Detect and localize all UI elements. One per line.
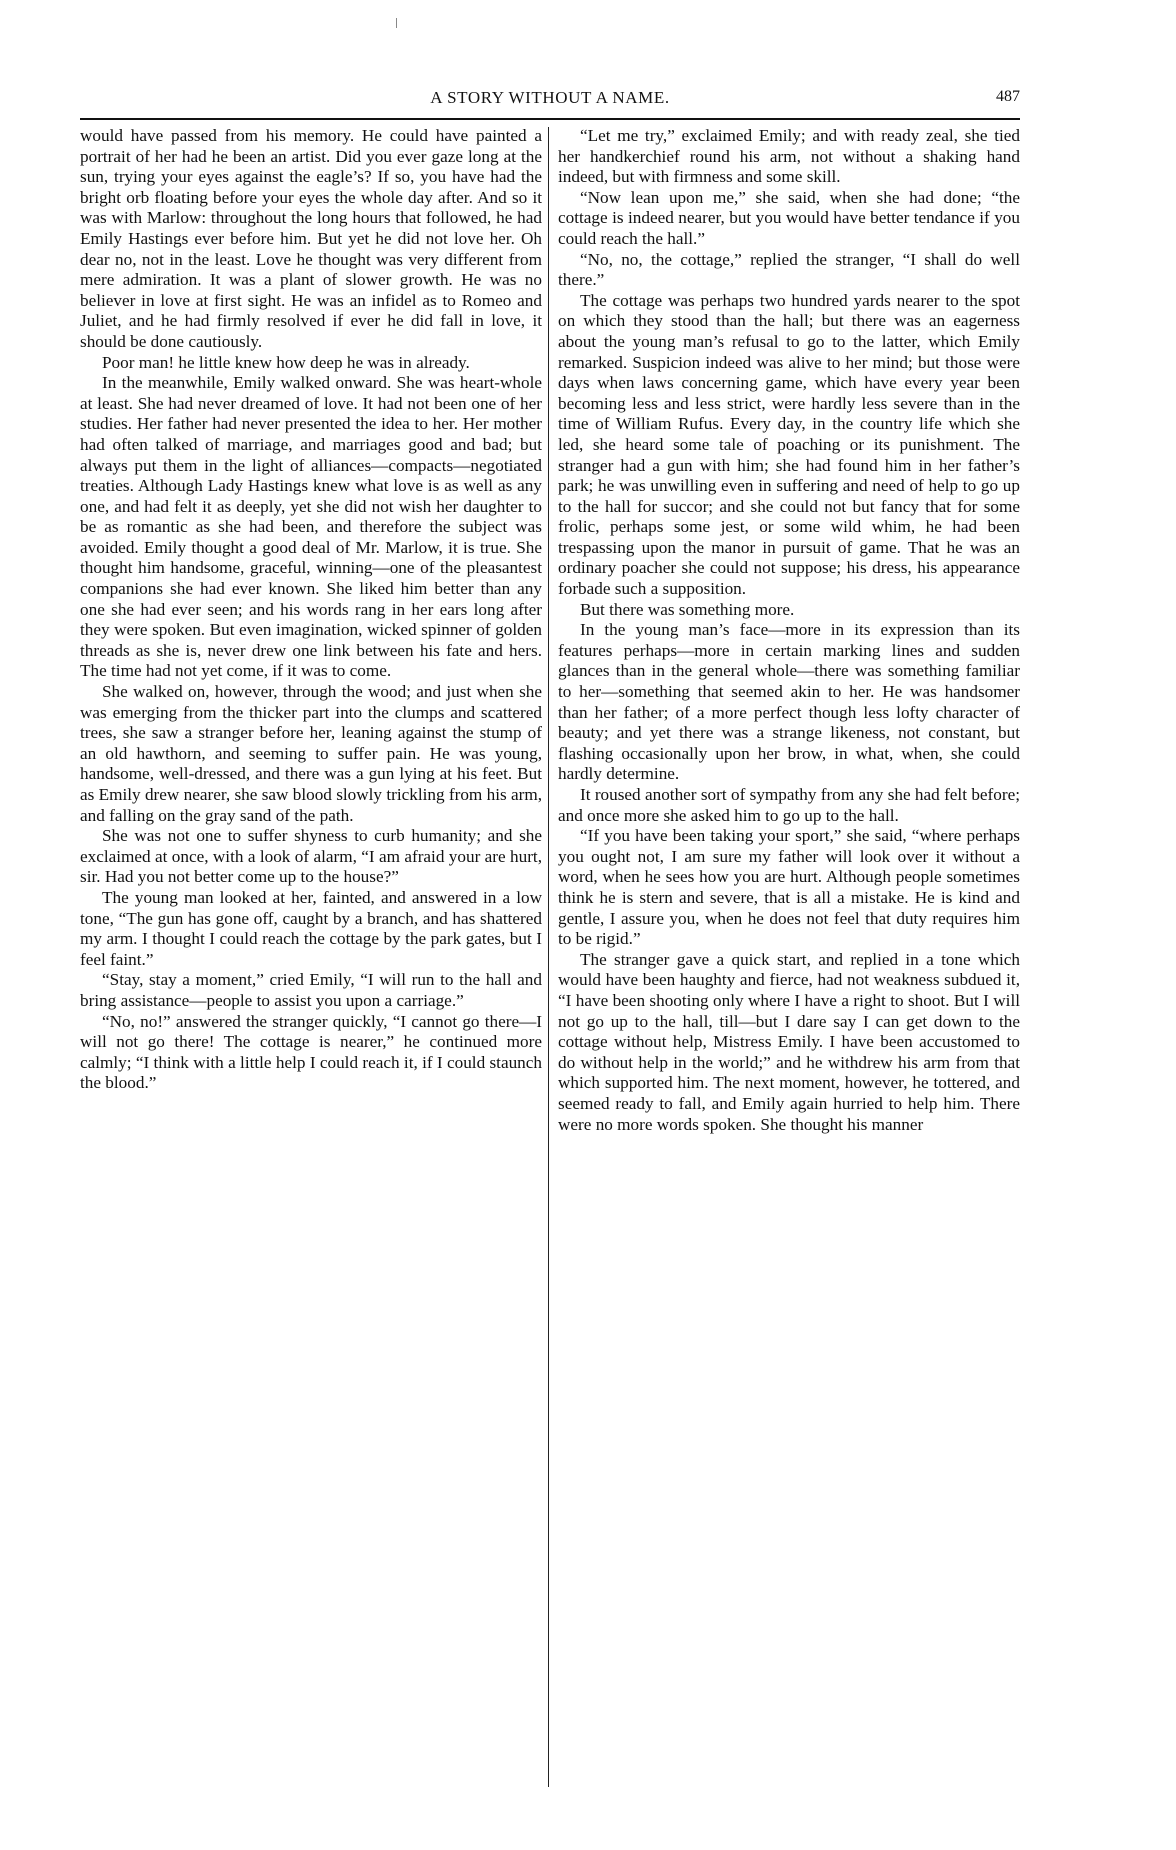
paragraph: In the meanwhile, Emily walked onward. S… <box>80 373 542 682</box>
page-header: A STORY WITHOUT A NAME. 487 <box>80 88 1020 114</box>
paragraph: She was not one to suffer shyness to cur… <box>80 826 542 888</box>
paragraph: “Let me try,” exclaimed Emily; and with … <box>558 126 1020 188</box>
paragraph: would have passed from his memory. He co… <box>80 126 542 353</box>
paragraph: Poor man! he little knew how deep he was… <box>80 353 542 374</box>
paragraph: The young man looked at her, fainted, an… <box>80 888 542 970</box>
header-rule <box>80 118 1020 120</box>
paragraph: “No, no, the cottage,” replied the stran… <box>558 250 1020 291</box>
paragraph: But there was something more. <box>558 600 1020 621</box>
page-number: 487 <box>996 88 1020 106</box>
paragraph: “Stay, stay a moment,” cried Emily, “I w… <box>80 970 542 1011</box>
running-title: A STORY WITHOUT A NAME. <box>80 88 1020 108</box>
paragraph: “Now lean upon me,” she said, when she h… <box>558 188 1020 250</box>
column-divider <box>548 127 549 1787</box>
paragraph: The cottage was perhaps two hundred yard… <box>558 291 1020 600</box>
paragraph: She walked on, however, through the wood… <box>80 682 542 826</box>
paragraph: “No, no!” answered the stranger quickly,… <box>80 1012 542 1094</box>
right-column: “Let me try,” exclaimed Emily; and with … <box>558 126 1020 1135</box>
book-page: A STORY WITHOUT A NAME. 487 would have p… <box>0 0 1176 1850</box>
paragraph: “If you have been taking your sport,” sh… <box>558 826 1020 950</box>
paragraph: The stranger gave a quick start, and rep… <box>558 950 1020 1135</box>
left-column: would have passed from his memory. He co… <box>80 126 542 1094</box>
scan-mark <box>396 18 397 28</box>
paragraph: In the young man’s face—more in its expr… <box>558 620 1020 785</box>
paragraph: It roused another sort of sympathy from … <box>558 785 1020 826</box>
